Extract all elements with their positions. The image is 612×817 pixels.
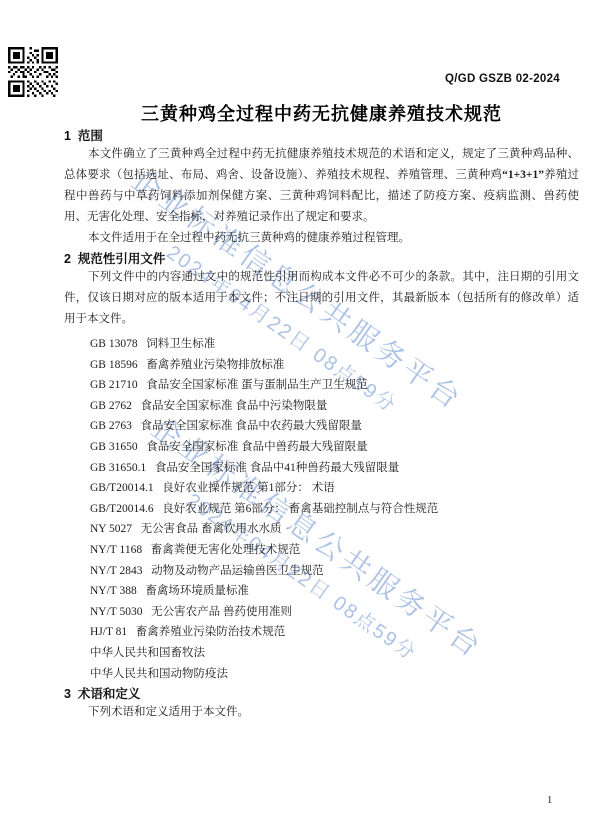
terms-intro: 下列术语和定义适用于本文件。 bbox=[64, 702, 579, 723]
reference-item: HJ/T 81 畜禽养殖业污染防治技术规范 bbox=[90, 622, 579, 643]
reference-item: GB 13078 饲料卫生标准 bbox=[90, 334, 579, 355]
page-number: 1 bbox=[547, 795, 552, 806]
reference-item: NY/T 388 畜禽场环境质量标准 bbox=[90, 581, 579, 602]
reference-item: GB 18596 畜禽养殖业污染物排放标准 bbox=[90, 355, 579, 376]
reference-item: NY/T 1168 畜禽粪便无害化处理技术规范 bbox=[90, 540, 579, 561]
reference-item: GB 31650.1 食品安全国家标准 食品中41种兽药最大残留限量 bbox=[90, 458, 579, 479]
reference-item: NY/T 2843 动物及动物产品运输兽医卫生规范 bbox=[90, 561, 579, 582]
reference-item: 中华人民共和国畜牧法 bbox=[90, 643, 579, 664]
scope-paragraph-1-bold: “1+3+1” bbox=[502, 169, 544, 181]
section-1-heading: 1 范围 bbox=[64, 126, 579, 144]
section-3-heading: 3 术语和定义 bbox=[64, 684, 579, 702]
reference-item: GB/T20014.6 良好农业规范 第6部分： 畜禽基础控制点与符合性规范 bbox=[90, 499, 579, 520]
reference-item: GB 2763 食品安全国家标准 食品中农药最大残留限量 bbox=[90, 416, 579, 437]
scope-paragraph-1: 本文件确立了三黄种鸡全过程中药无抗健康养殖技术规范的术语和定义，规定了三黄种鸡品… bbox=[64, 144, 579, 228]
scope-paragraph-2: 本文件适用于在全过程中药无抗三黄种鸡的健康养殖过程管理。 bbox=[64, 228, 579, 249]
references-intro: 下列文件中的内容通过文中的规范性引用而构成本文件必不可少的条款。其中，注日期的引… bbox=[64, 267, 579, 330]
reference-item: NY 5027 无公害食品 畜禽饮用水水质 bbox=[90, 519, 579, 540]
references-list: GB 13078 饲料卫生标准 GB 18596 畜禽养殖业污染物排放标准 GB… bbox=[64, 334, 579, 684]
document-content: 三黄种鸡全过程中药无抗健康养殖技术规范 1 范围 本文件确立了三黄种鸡全过程中药… bbox=[0, 0, 612, 723]
section-2-heading: 2 规范性引用文件 bbox=[64, 249, 579, 267]
reference-item: NY/T 5030 无公害农产品 兽药使用准则 bbox=[90, 602, 579, 623]
reference-item: GB 21710 食品安全国家标准 蛋与蛋制品生产卫生规范 bbox=[90, 375, 579, 396]
document-page: 企业标准信息公共服务平台 2024年04月22日 08点59分 企业标准信息公共… bbox=[0, 0, 612, 817]
reference-item: GB 2762 食品安全国家标准 食品中污染物限量 bbox=[90, 396, 579, 417]
reference-item: GB 31650 食品安全国家标准 食品中兽药最大残留限量 bbox=[90, 437, 579, 458]
reference-item: 中华人民共和国动物防疫法 bbox=[90, 664, 579, 685]
document-title: 三黄种鸡全过程中药无抗健康养殖技术规范 bbox=[64, 0, 579, 126]
reference-item: GB/T20014.1 良好农业操作规范 第1部分： 术语 bbox=[90, 478, 579, 499]
